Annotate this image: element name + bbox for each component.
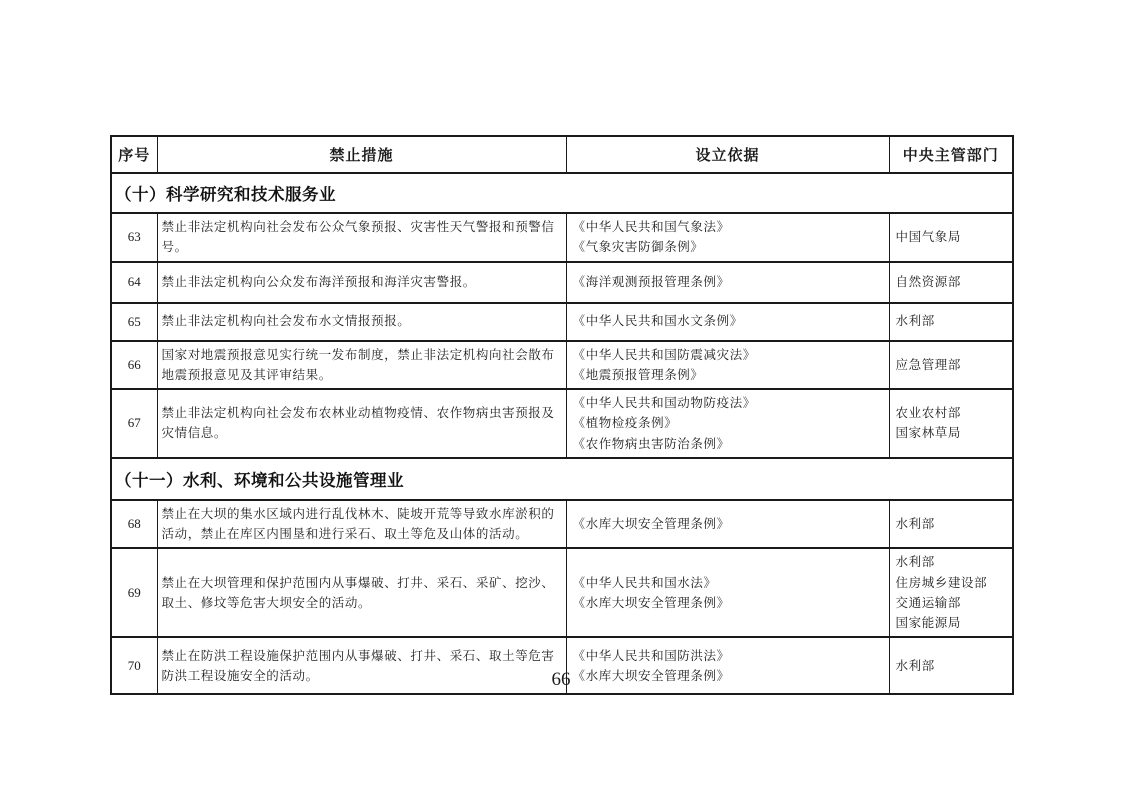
table-row: 68 禁止在大坝的集水区域内进行乱伐林木、陡坡开荒等导致水库淤积的活动，禁止在库…	[111, 500, 1013, 549]
column-header-dept: 中央主管部门	[889, 136, 1013, 173]
basis-cell: 《中华人民共和国动物防疫法》 《植物检疫条例》 《农作物病虫害防治条例》	[566, 389, 889, 458]
basis-cell: 《水库大坝安全管理条例》	[566, 500, 889, 549]
basis-line: 《中华人民共和国气象法》	[573, 217, 885, 237]
basis-line: 《水库大坝安全管理条例》	[573, 593, 885, 613]
measure-text: 禁止非法定机构向公众发布海洋预报和海洋灾害警报。	[157, 262, 566, 303]
basis-line: 《气象灾害防御条例》	[573, 237, 885, 257]
basis-cell: 《中华人民共和国水法》 《水库大坝安全管理条例》	[566, 548, 889, 637]
dept-cell: 中国气象局	[889, 213, 1013, 262]
table-row: 64 禁止非法定机构向公众发布海洋预报和海洋灾害警报。 《海洋观测预报管理条例》…	[111, 262, 1013, 303]
measure-text: 禁止非法定机构向社会发布农林业动植物疫情、农作物病虫害预报及灾情信息。	[157, 389, 566, 458]
dept-cell: 水利部	[889, 500, 1013, 549]
section-title: （十一）水利、环境和公共设施管理业	[111, 458, 1013, 500]
row-number: 64	[111, 262, 157, 303]
dept-line: 水利部	[896, 311, 1010, 331]
dept-line: 国家林草局	[896, 423, 1010, 443]
basis-line: 《地震预报管理条例》	[573, 365, 885, 385]
basis-cell: 《中华人民共和国气象法》 《气象灾害防御条例》	[566, 213, 889, 262]
row-number: 66	[111, 341, 157, 390]
row-number: 68	[111, 500, 157, 549]
dept-line: 水利部	[896, 552, 1010, 572]
dept-line: 中国气象局	[896, 227, 1010, 247]
table-row: 63 禁止非法定机构向社会发布公众气象预报、灾害性天气警报和预警信号。 《中华人…	[111, 213, 1013, 262]
basis-line: 《中华人民共和国动物防疫法》	[573, 393, 885, 413]
prohibition-table: 序号 禁止措施 设立依据 中央主管部门 （十）科学研究和技术服务业 63 禁止非…	[110, 135, 1014, 695]
basis-line: 《海洋观测预报管理条例》	[573, 272, 885, 292]
basis-line: 《水库大坝安全管理条例》	[573, 514, 885, 534]
dept-cell: 应急管理部	[889, 341, 1013, 390]
measure-text: 禁止在大坝的集水区域内进行乱伐林木、陡坡开荒等导致水库淤积的活动，禁止在库区内围…	[157, 500, 566, 549]
section-row: （十）科学研究和技术服务业	[111, 173, 1013, 213]
section-row: （十一）水利、环境和公共设施管理业	[111, 458, 1013, 500]
row-number: 63	[111, 213, 157, 262]
basis-line: 《中华人民共和国防震减灾法》	[573, 345, 885, 365]
dept-cell: 水利部	[889, 303, 1013, 341]
basis-line: 《中华人民共和国水法》	[573, 573, 885, 593]
row-number: 69	[111, 548, 157, 637]
basis-cell: 《海洋观测预报管理条例》	[566, 262, 889, 303]
dept-line: 自然资源部	[896, 272, 1010, 292]
table-header-row: 序号 禁止措施 设立依据 中央主管部门	[111, 136, 1013, 173]
table-row: 67 禁止非法定机构向社会发布农林业动植物疫情、农作物病虫害预报及灾情信息。 《…	[111, 389, 1013, 458]
dept-line: 住房城乡建设部	[896, 573, 1010, 593]
measure-text: 禁止非法定机构向社会发布公众气象预报、灾害性天气警报和预警信号。	[157, 213, 566, 262]
basis-cell: 《中华人民共和国水文条例》	[566, 303, 889, 341]
row-number: 67	[111, 389, 157, 458]
basis-cell: 《中华人民共和国防震减灾法》 《地震预报管理条例》	[566, 341, 889, 390]
table-row: 66 国家对地震预报意见实行统一发布制度，禁止非法定机构向社会散布地震预报意见及…	[111, 341, 1013, 390]
section-title: （十）科学研究和技术服务业	[111, 173, 1013, 213]
measure-text: 禁止非法定机构向社会发布水文情报预报。	[157, 303, 566, 341]
table-row: 65 禁止非法定机构向社会发布水文情报预报。 《中华人民共和国水文条例》 水利部	[111, 303, 1013, 341]
column-header-no: 序号	[111, 136, 157, 173]
table-row: 69 禁止在大坝管理和保护范围内从事爆破、打井、采石、采矿、挖沙、取土、修坟等危…	[111, 548, 1013, 637]
document-page: 序号 禁止措施 设立依据 中央主管部门 （十）科学研究和技术服务业 63 禁止非…	[0, 0, 1122, 793]
dept-cell: 自然资源部	[889, 262, 1013, 303]
column-header-basis: 设立依据	[566, 136, 889, 173]
measure-text: 国家对地震预报意见实行统一发布制度，禁止非法定机构向社会散布地震预报意见及其评审…	[157, 341, 566, 390]
dept-line: 农业农村部	[896, 403, 1010, 423]
basis-line: 《农作物病虫害防治条例》	[573, 434, 885, 454]
basis-line: 《中华人民共和国水文条例》	[573, 311, 885, 331]
dept-line: 国家能源局	[896, 613, 1010, 633]
dept-line: 水利部	[896, 514, 1010, 534]
dept-line: 交通运输部	[896, 593, 1010, 613]
dept-cell: 水利部 住房城乡建设部 交通运输部 国家能源局	[889, 548, 1013, 637]
page-number: 66	[0, 669, 1122, 691]
row-number: 65	[111, 303, 157, 341]
dept-line: 应急管理部	[896, 355, 1010, 375]
basis-line: 《植物检疫条例》	[573, 413, 885, 433]
measure-text: 禁止在大坝管理和保护范围内从事爆破、打井、采石、采矿、挖沙、取土、修坟等危害大坝…	[157, 548, 566, 637]
dept-cell: 农业农村部 国家林草局	[889, 389, 1013, 458]
basis-line: 《中华人民共和国防洪法》	[573, 646, 885, 666]
column-header-measure: 禁止措施	[157, 136, 566, 173]
